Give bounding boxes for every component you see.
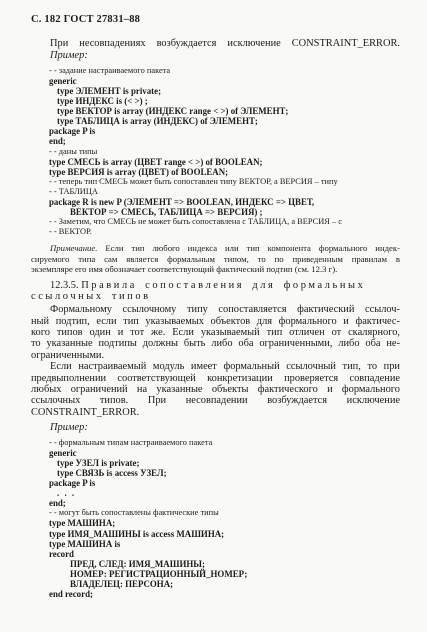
code-line: - - могут быть сопоставлены фактические … [49, 508, 400, 518]
code-line: . . . [49, 488, 400, 498]
code-line: ПРЕД, СЛЕД: ИМЯ_МАШИНЫ; [49, 559, 400, 569]
text-line: кого типов один и тот же. Если указываем… [31, 327, 400, 338]
text-line: Формальному ссылочному типу сопоставляет… [31, 304, 400, 315]
code-line: type МАШИНА; [49, 518, 400, 528]
code-line: type УЗЕЛ is private; [49, 458, 400, 468]
code-line: - - задание настраиваемого пакета [49, 66, 400, 76]
code-line: end; [49, 498, 400, 508]
code-line: type СВЯЗЬ is access УЗЕЛ; [49, 468, 400, 478]
text-line: сируемого типа сам является формальным т… [31, 254, 400, 264]
code-block-1: - - задание настраиваемого пакетаgeneric… [49, 66, 400, 238]
code-line: type ЭЛЕМЕНТ is private; [49, 86, 400, 96]
example-label-1: Пример: [50, 50, 400, 61]
text-line: ный подтип, если тип указываемых объекто… [31, 316, 400, 327]
code-line: - - ТАБЛИЦА [49, 187, 400, 197]
code-line: generic [49, 76, 400, 86]
code-line: - - теперь тип СМЕСЬ может быть сопостав… [49, 177, 400, 187]
code-line: type ИМЯ_МАШИНЫ is access МАШИНА; [49, 529, 400, 539]
note-line-1-text: Если тип любого индекса или тип компонен… [97, 243, 400, 253]
code-line: - - Заметим, что СМЕСЬ не может быть соп… [49, 217, 400, 227]
text-line: любых ограничений на указанные объекты ф… [31, 384, 400, 395]
heading-title-part-1: Правила сопоставления для формальных [81, 280, 365, 291]
code-line: package R is new P (ЭЛЕМЕНТ => BOOLEAN, … [49, 197, 400, 207]
code-line: type СМЕСЬ is array (ЦВЕТ range < >) of … [49, 157, 400, 167]
intro-paragraph: При несовпадениях возбуждается исключени… [31, 38, 400, 49]
text-line: ограниченными. [31, 350, 400, 361]
heading-line-2: ссылочных типов [31, 291, 400, 303]
document-page: С. 182 ГОСТ 27831–88 При несовпадениях в… [0, 0, 427, 632]
note-lead: Примечание. [50, 243, 97, 253]
example-label-2: Пример: [50, 422, 400, 433]
code-line: generic [49, 448, 400, 458]
text-line: экземпляре его имя обозначает соответств… [31, 264, 400, 274]
note-line-1: Примечание. Если тип любого индекса или … [31, 243, 400, 253]
note-paragraph: Примечание. Если тип любого индекса или … [31, 243, 400, 274]
code-line: type ВЕКТОР is array (ИНДЕКС range < >) … [49, 106, 400, 116]
code-line: type МАШИНА is [49, 539, 400, 549]
heading-line-1: 12.3.5. Правила сопоставления для формал… [31, 280, 400, 292]
page-header: С. 182 ГОСТ 27831–88 [31, 14, 400, 25]
text-line: ссылочных типов. При несовпадении возбуж… [31, 395, 400, 406]
code-line: type ВЕРСИЯ is array (ЦВЕТ) of BOOLEAN; [49, 167, 400, 177]
section-heading: 12.3.5. Правила сопоставления для формал… [31, 280, 400, 304]
code-line: - - ВЕКТОР. [49, 227, 400, 237]
text-line: Если настраиваемый модуль имеет формальн… [31, 361, 400, 372]
code-line: record [49, 549, 400, 559]
note-continuation: сируемого типа сам является формальным т… [31, 254, 400, 275]
section-number: 12.3.5. [50, 280, 79, 291]
code-line: package P is [49, 478, 400, 488]
code-line: ВЕКТОР => СМЕСЬ, ТАБЛИЦА => ВЕРСИЯ) ; [49, 207, 400, 217]
code-line: end; [49, 136, 400, 146]
code-line: - - формальным типам настраиваемого паке… [49, 438, 400, 448]
code-line: type ИНДЕКС is (< >) ; [49, 96, 400, 106]
code-line: НОМЕР: РЕГИСТРАЦИОННЫЙ_НОМЕР; [49, 569, 400, 579]
code-line: end record; [49, 589, 400, 599]
text-line: CONSTRAINT_ERROR. [31, 407, 400, 418]
body-paragraph-2: Если настраиваемый модуль имеет формальн… [31, 361, 400, 418]
text-line: предвыполнении соответствующей конкретиз… [31, 373, 400, 384]
code-line: - - даны типы [49, 147, 400, 157]
text-line: то указанные подтипы должны быть либо об… [31, 338, 400, 349]
code-line: ВЛАДЕЛЕЦ: ПЕРСОНА; [49, 579, 400, 589]
code-line: type ТАБЛИЦА is array (ИНДЕКС) of ЭЛЕМЕН… [49, 116, 400, 126]
body-paragraph-1: Формальному ссылочному типу сопоставляет… [31, 304, 400, 361]
code-block-2: - - формальным типам настраиваемого паке… [49, 438, 400, 600]
code-line: package P is [49, 126, 400, 136]
